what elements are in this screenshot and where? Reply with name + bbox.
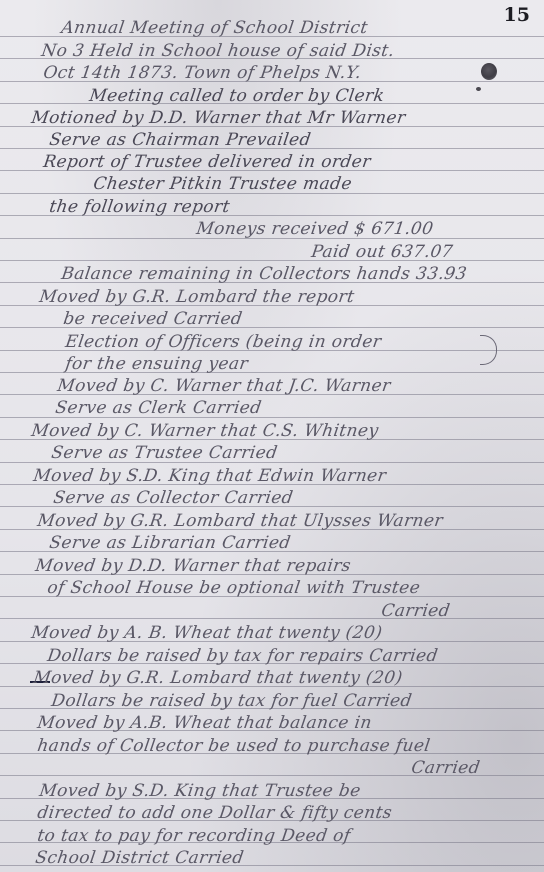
ledger-page: 15 Annual Meeting of School DistrictNo 3… [0,0,544,872]
ruled-line [0,260,544,261]
handwritten-line: Carried [380,601,451,621]
handwritten-line: Motioned by D.D. Warner that Mr Warner [30,108,407,128]
closing-parenthesis-mark [480,335,497,365]
handwritten-line: of School House be optional with Trustee [46,578,422,598]
handwritten-line: Balance remaining in Collectors hands 33… [60,264,468,284]
handwritten-line: Serve as Librarian Carried [48,533,292,553]
handwritten-line: Serve as Chairman Prevailed [48,130,312,150]
page-number: 15 [504,4,530,26]
handwritten-line: School District Carried [34,848,245,868]
handwritten-line: the following report [48,197,231,217]
handwritten-line: for the ensuing year [64,354,249,374]
handwritten-line: directed to add one Dollar & fifty cents [36,803,393,823]
handwritten-line: Moneys received $ 671.00 [195,219,435,239]
handwritten-line: Dollars be raised by tax for repairs Car… [46,646,439,666]
handwritten-line: Moved by C. Warner that J.C. Warner [56,376,392,396]
handwritten-line: Moved by D.D. Warner that repairs [34,556,352,576]
handwritten-line: Moved by A. B. Wheat that twenty (20) [30,623,384,643]
handwritten-line: Oct 14th 1873. Town of Phelps N.Y. [42,63,363,83]
handwritten-line: Moved by G.R. Lombard that twenty (20) [32,668,404,688]
ruled-line [0,618,544,619]
handwritten-line: Serve as Clerk Carried [54,398,263,418]
handwritten-line: Election of Officers (being in order [64,332,383,352]
handwritten-line: to tax to pay for recording Deed of [36,826,352,846]
handwritten-line: Report of Trustee delivered in order [42,152,372,172]
ink-blot [481,63,497,80]
handwritten-line: Dollars be raised by tax for fuel Carrie… [50,691,413,711]
handwritten-line: Meeting called to order by Clerk [88,86,386,106]
handwritten-line: Serve as Collector Carried [52,488,294,508]
handwritten-line: Carried [410,758,481,778]
handwritten-line: Moved by C. Warner that C.S. Whitney [30,421,380,441]
handwritten-line: Paid out 637.07 [310,242,454,262]
handwritten-line: Annual Meeting of School District [60,18,369,38]
handwritten-line: Serve as Trustee Carried [50,443,279,463]
handwritten-line: Moved by A.B. Wheat that balance in [36,713,373,733]
ink-spot [476,87,481,91]
handwritten-line: No 3 Held in School house of said Dist. [40,41,396,61]
handwritten-line: be received Carried [62,309,244,329]
handwritten-line: Chester Pitkin Trustee made [92,174,353,194]
handwritten-line: Moved by S.D. King that Edwin Warner [32,466,388,486]
handwritten-line: Moved by G.R. Lombard that Ulysses Warne… [36,511,444,531]
handwritten-line: hands of Collector be used to purchase f… [36,736,432,756]
handwritten-line: Moved by G.R. Lombard the report [38,287,356,307]
handwritten-line: Moved by S.D. King that Trustee be [38,781,362,801]
